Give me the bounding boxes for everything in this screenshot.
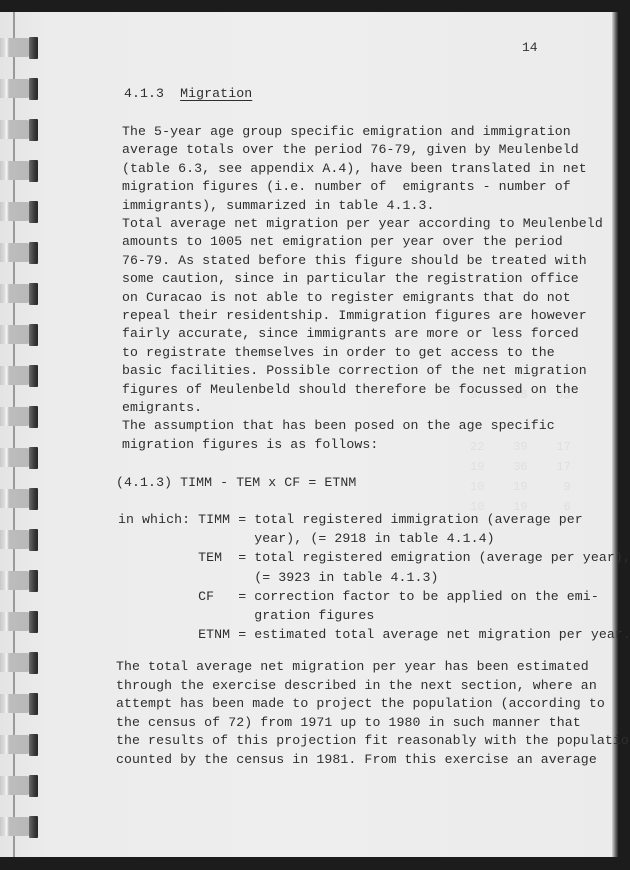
- ring-loop: [0, 407, 30, 426]
- binding-ring: [0, 406, 38, 428]
- text-line: counted by the census in 1981. From this…: [116, 752, 597, 767]
- ring-loop: [0, 366, 30, 385]
- text-line: migration figures is as follows:: [122, 437, 378, 452]
- page-number: 14: [522, 40, 538, 55]
- binding-ring: [0, 570, 38, 592]
- punch-hole: [29, 816, 38, 838]
- text-line: amounts to 1005 net emigration per year …: [122, 234, 563, 249]
- ring-loop: [0, 735, 30, 754]
- punch-hole: [29, 488, 38, 510]
- punch-hole: [29, 734, 38, 756]
- punch-hole: [29, 160, 38, 182]
- definition-line: in which: TIMM = total registered immigr…: [118, 512, 583, 527]
- punch-hole: [29, 324, 38, 346]
- text-line: figures of Meulenbeld should therefore b…: [122, 382, 579, 397]
- formula: (4.1.3) TIMM - TEM x CF = ETNM: [116, 475, 356, 490]
- ring-loop: [0, 243, 30, 262]
- section-title: Migration: [180, 86, 252, 101]
- binding-ring: [0, 283, 38, 305]
- text-line: the results of this projection fit reaso…: [116, 733, 630, 748]
- section-number: 4.1.3: [124, 86, 164, 101]
- binding-ring: [0, 816, 38, 838]
- text-line: fairly accurate, since immigrants are mo…: [122, 326, 579, 341]
- binding-ring: [0, 201, 38, 223]
- definition-line: (= 3923 in table 4.1.3): [118, 570, 439, 585]
- punch-hole: [29, 78, 38, 100]
- text-line: basic facilities. Possible correction of…: [122, 363, 587, 378]
- binding-ring: [0, 611, 38, 633]
- definition-line: CF = correction factor to be applied on …: [118, 589, 599, 604]
- punch-hole: [29, 283, 38, 305]
- definition-line: TEM = total registered emigration (avera…: [118, 550, 630, 565]
- punch-hole: [29, 37, 38, 59]
- ring-loop: [0, 612, 30, 631]
- binding-ring: [0, 775, 38, 797]
- binding-ring: [0, 37, 38, 59]
- binding-ring: [0, 160, 38, 182]
- binding-ring: [0, 365, 38, 387]
- punch-hole: [29, 365, 38, 387]
- text-line: The total average net migration per year…: [116, 659, 589, 674]
- text-line: to registrate themselves in order to get…: [122, 345, 555, 360]
- punch-hole: [29, 775, 38, 797]
- binding-ring: [0, 119, 38, 141]
- punch-hole: [29, 693, 38, 715]
- text-line: average totals over the period 76-79, gi…: [122, 142, 579, 157]
- definition-line: ETNM = estimated total average net migra…: [118, 627, 630, 642]
- ring-loop: [0, 448, 30, 467]
- binding-ring: [0, 324, 38, 346]
- ring-loop: [0, 489, 30, 508]
- punch-hole: [29, 447, 38, 469]
- text-line: Total average net migration per year acc…: [122, 216, 603, 231]
- ring-loop: [0, 776, 30, 795]
- text-line: through the exercise described in the ne…: [116, 678, 597, 693]
- text-line: The 5-year age group specific emigration…: [122, 124, 571, 139]
- ring-loop: [0, 653, 30, 672]
- binding-ring: [0, 693, 38, 715]
- binding-ring: [0, 529, 38, 551]
- ring-loop: [0, 202, 30, 221]
- ring-loop: [0, 530, 30, 549]
- ring-loop: [0, 325, 30, 344]
- ring-loop: [0, 161, 30, 180]
- punch-hole: [29, 570, 38, 592]
- punch-hole: [29, 529, 38, 551]
- show-through-text: 22 39 17: [470, 440, 571, 454]
- section-heading: 4.1.3 Migration: [124, 86, 252, 101]
- punch-hole: [29, 406, 38, 428]
- text-line: migration figures (i.e. number of emigra…: [122, 179, 571, 194]
- binding-ring: [0, 447, 38, 469]
- definition-line: year), (= 2918 in table 4.1.4): [118, 531, 495, 546]
- binding-ring: [0, 78, 38, 100]
- ring-loop: [0, 817, 30, 836]
- binding-ring: [0, 734, 38, 756]
- punch-hole: [29, 611, 38, 633]
- binding-ring: [0, 242, 38, 264]
- page-edge-shadow: [612, 12, 618, 857]
- text-line: repeal their residentship. Immigration f…: [122, 308, 587, 323]
- ring-loop: [0, 120, 30, 139]
- ring-loop: [0, 284, 30, 303]
- binding-ring: [0, 652, 38, 674]
- text-line: on Curacao is not able to register emigr…: [122, 290, 571, 305]
- show-through-text: 10 19 9: [470, 480, 571, 494]
- ring-loop: [0, 79, 30, 98]
- ring-loop: [0, 38, 30, 57]
- punch-hole: [29, 652, 38, 674]
- show-through-text: 19 36 17: [470, 460, 571, 474]
- text-line: the census of 72) from 1971 up to 1980 i…: [116, 715, 581, 730]
- punch-hole: [29, 119, 38, 141]
- text-line: The assumption that has been posed on th…: [122, 418, 555, 433]
- text-line: some caution, since in particular the re…: [122, 271, 579, 286]
- punch-hole: [29, 201, 38, 223]
- punch-hole: [29, 242, 38, 264]
- text-line: attempt has been made to project the pop…: [116, 696, 605, 711]
- text-line: immigrants), summarized in table 4.1.3.: [122, 198, 435, 213]
- text-line: emigrants.: [122, 400, 202, 415]
- definition-line: gration figures: [118, 608, 374, 623]
- text-line: 76-79. As stated before this figure shou…: [122, 253, 587, 268]
- text-line: (table 6.3, see appendix A.4), have been…: [122, 161, 587, 176]
- ring-loop: [0, 571, 30, 590]
- ring-loop: [0, 694, 30, 713]
- binding-ring: [0, 488, 38, 510]
